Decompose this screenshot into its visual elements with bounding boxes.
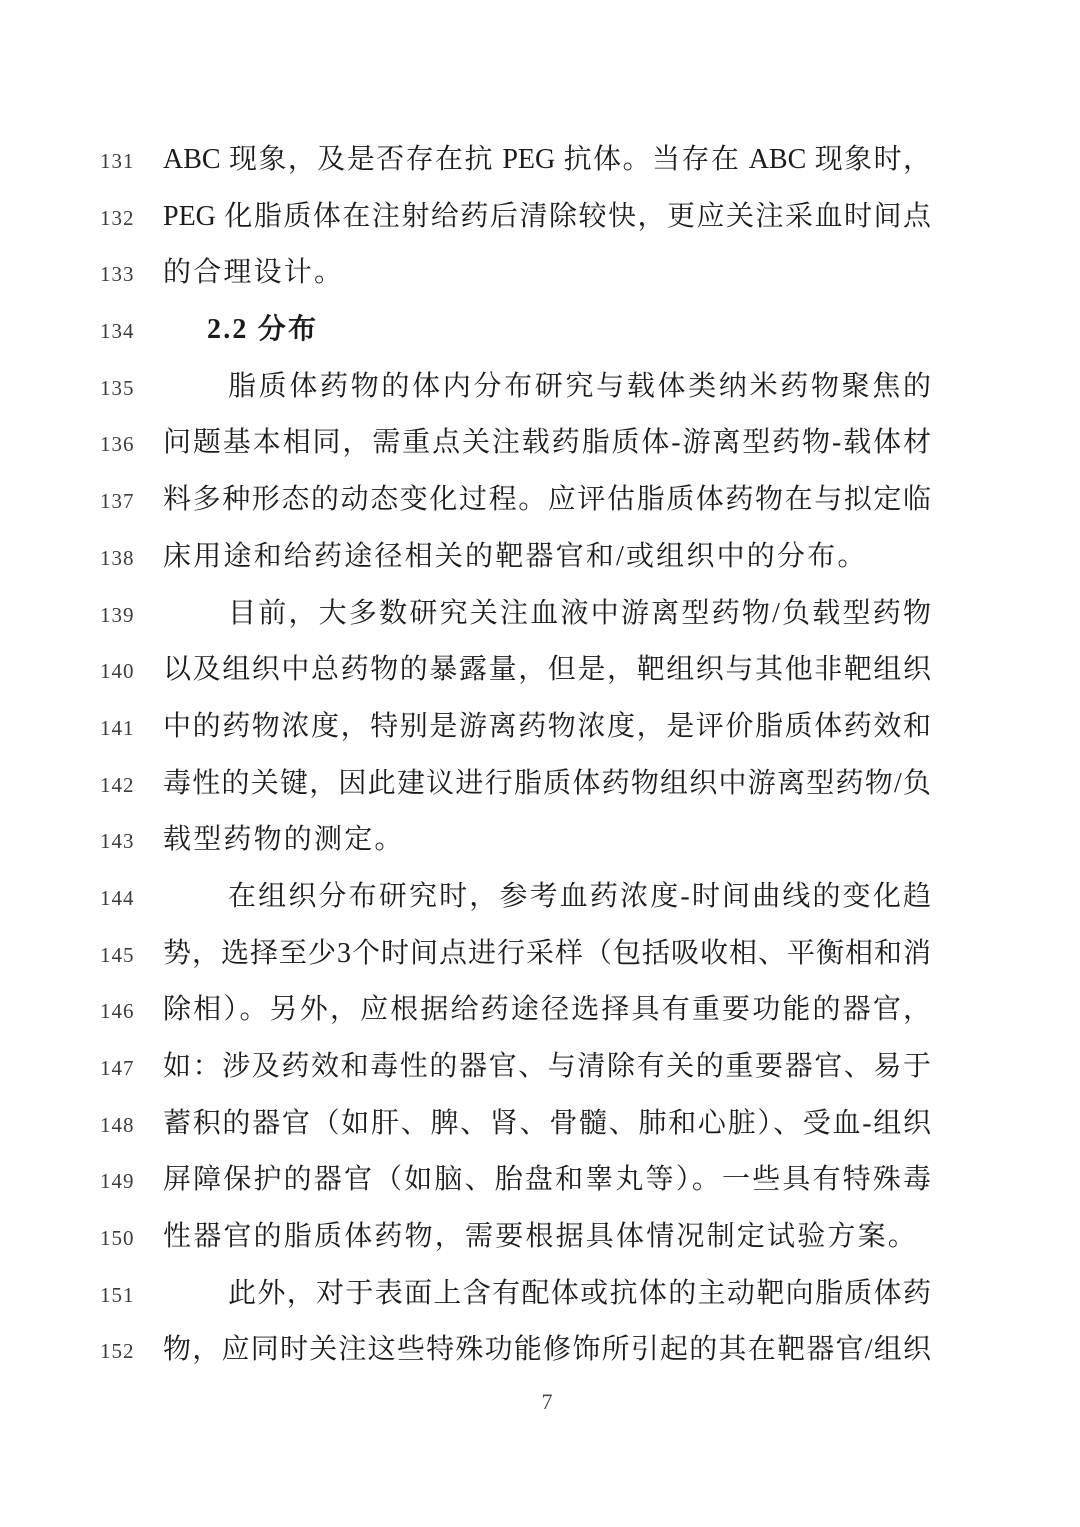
line-text: 性器官的脂质体药物，需要根据具体情况制定试验方案。 — [163, 1209, 931, 1266]
document-page: 131 ABC 现象，及是否存在抗 PEG 抗体。当存在 ABC 现象时， 13… — [0, 0, 1080, 1527]
line-text: 脂质体药物的体内分布研究与载体类纳米药物聚焦的 — [163, 359, 931, 416]
line-text: 问题基本相同，需重点关注载药脂质体-游离型药物-载体材 — [163, 415, 931, 472]
line-row: 149 屏障保护的器官（如脑、胎盘和睾丸等）。一些具有特殊毒 — [100, 1152, 931, 1209]
line-number: 145 — [100, 927, 163, 984]
line-text: 蓄积的器官（如肝、脾、肾、骨髓、肺和心脏）、受血-组织 — [163, 1096, 931, 1153]
line-text: 的合理设计。 — [163, 245, 931, 302]
line-text: 毒性的关键，因此建议进行脂质体药物组织中游离型药物/负 — [163, 756, 931, 813]
line-row: 152 物，应同时关注这些特殊功能修饰所引起的其在靶器官/组织 — [100, 1322, 931, 1379]
line-text: 除相）。另外，应根据给药途径选择具有重要功能的器官， — [163, 982, 931, 1039]
line-row: 141 中的药物浓度，特别是游离药物浓度，是评价脂质体药效和 — [100, 699, 931, 756]
line-number: 143 — [100, 813, 163, 870]
line-text: 物，应同时关注这些特殊功能修饰所引起的其在靶器官/组织 — [163, 1322, 931, 1379]
line-number: 149 — [100, 1153, 163, 1210]
line-row: 135 脂质体药物的体内分布研究与载体类纳米药物聚焦的 — [100, 359, 931, 416]
line-row: 143 载型药物的测定。 — [100, 812, 931, 869]
line-text: 此外，对于表面上含有配体或抗体的主动靶向脂质体药 — [163, 1266, 931, 1323]
line-text: 料多种形态的动态变化过程。应评估脂质体药物在与拟定临 — [163, 472, 931, 529]
line-row: 148 蓄积的器官（如肝、脾、肾、骨髓、肺和心脏）、受血-组织 — [100, 1096, 931, 1153]
line-number: 136 — [100, 416, 163, 473]
line-row: 145 势，选择至少3个时间点进行采样（包括吸收相、平衡相和消 — [100, 926, 931, 983]
document-body: 131 ABC 现象，及是否存在抗 PEG 抗体。当存在 ABC 现象时， 13… — [100, 132, 931, 1417]
line-text: 势，选择至少3个时间点进行采样（包括吸收相、平衡相和消 — [163, 926, 931, 983]
line-row: 137 料多种形态的动态变化过程。应评估脂质体药物在与拟定临 — [100, 472, 931, 529]
line-number: 147 — [100, 1040, 163, 1097]
line-row: 140 以及组织中总药物的暴露量，但是，靶组织与其他非靶组织 — [100, 642, 931, 699]
line-row: 146 除相）。另外，应根据给药途径选择具有重要功能的器官， — [100, 982, 931, 1039]
line-number: 139 — [100, 587, 163, 644]
line-text: 以及组织中总药物的暴露量，但是，靶组织与其他非靶组织 — [163, 642, 931, 699]
page-number: 7 — [163, 1387, 931, 1417]
line-number: 140 — [100, 643, 163, 700]
line-text: PEG 化脂质体在注射给药后清除较快，更应关注采血时间点 — [163, 189, 931, 246]
line-number: 133 — [100, 246, 163, 303]
section-heading-row: 134 2.2 分布 — [100, 302, 931, 359]
line-text: 在组织分布研究时，参考血药浓度-时间曲线的变化趋 — [163, 869, 931, 926]
line-number: 131 — [100, 133, 163, 190]
line-text: 如：涉及药效和毒性的器官、与清除有关的重要器官、易于 — [163, 1039, 931, 1096]
line-text: 载型药物的测定。 — [163, 812, 931, 869]
line-text: 中的药物浓度，特别是游离药物浓度，是评价脂质体药效和 — [163, 699, 931, 756]
line-row: 144 在组织分布研究时，参考血药浓度-时间曲线的变化趋 — [100, 869, 931, 926]
line-row: 147 如：涉及药效和毒性的器官、与清除有关的重要器官、易于 — [100, 1039, 931, 1096]
line-number: 151 — [100, 1267, 163, 1324]
line-number: 150 — [100, 1210, 163, 1267]
line-row: 136 问题基本相同，需重点关注载药脂质体-游离型药物-载体材 — [100, 415, 931, 472]
line-row: 150 性器官的脂质体药物，需要根据具体情况制定试验方案。 — [100, 1209, 931, 1266]
line-text: 目前，大多数研究关注血液中游离型药物/负载型药物 — [163, 586, 931, 643]
line-number: 141 — [100, 700, 163, 757]
line-number: 152 — [100, 1323, 163, 1380]
line-number: 148 — [100, 1097, 163, 1154]
line-row: 151 此外，对于表面上含有配体或抗体的主动靶向脂质体药 — [100, 1266, 931, 1323]
line-row: 142 毒性的关键，因此建议进行脂质体药物组织中游离型药物/负 — [100, 756, 931, 813]
line-number: 134 — [100, 303, 163, 360]
line-number: 135 — [100, 360, 163, 417]
line-row: 132 PEG 化脂质体在注射给药后清除较快，更应关注采血时间点 — [100, 189, 931, 246]
section-heading: 2.2 分布 — [163, 302, 931, 359]
line-number: 144 — [100, 870, 163, 927]
line-text: 床用途和给药途径相关的靶器官和/或组织中的分布。 — [163, 529, 931, 586]
line-row: 139 目前，大多数研究关注血液中游离型药物/负载型药物 — [100, 586, 931, 643]
line-number: 138 — [100, 530, 163, 587]
line-number: 142 — [100, 757, 163, 814]
line-number: 132 — [100, 190, 163, 247]
line-number: 137 — [100, 473, 163, 530]
line-text: 屏障保护的器官（如脑、胎盘和睾丸等）。一些具有特殊毒 — [163, 1152, 931, 1209]
line-text: ABC 现象，及是否存在抗 PEG 抗体。当存在 ABC 现象时， — [163, 132, 931, 189]
line-row: 138 床用途和给药途径相关的靶器官和/或组织中的分布。 — [100, 529, 931, 586]
line-number: 146 — [100, 983, 163, 1040]
line-row: 133 的合理设计。 — [100, 245, 931, 302]
line-row: 131 ABC 现象，及是否存在抗 PEG 抗体。当存在 ABC 现象时， — [100, 132, 931, 189]
